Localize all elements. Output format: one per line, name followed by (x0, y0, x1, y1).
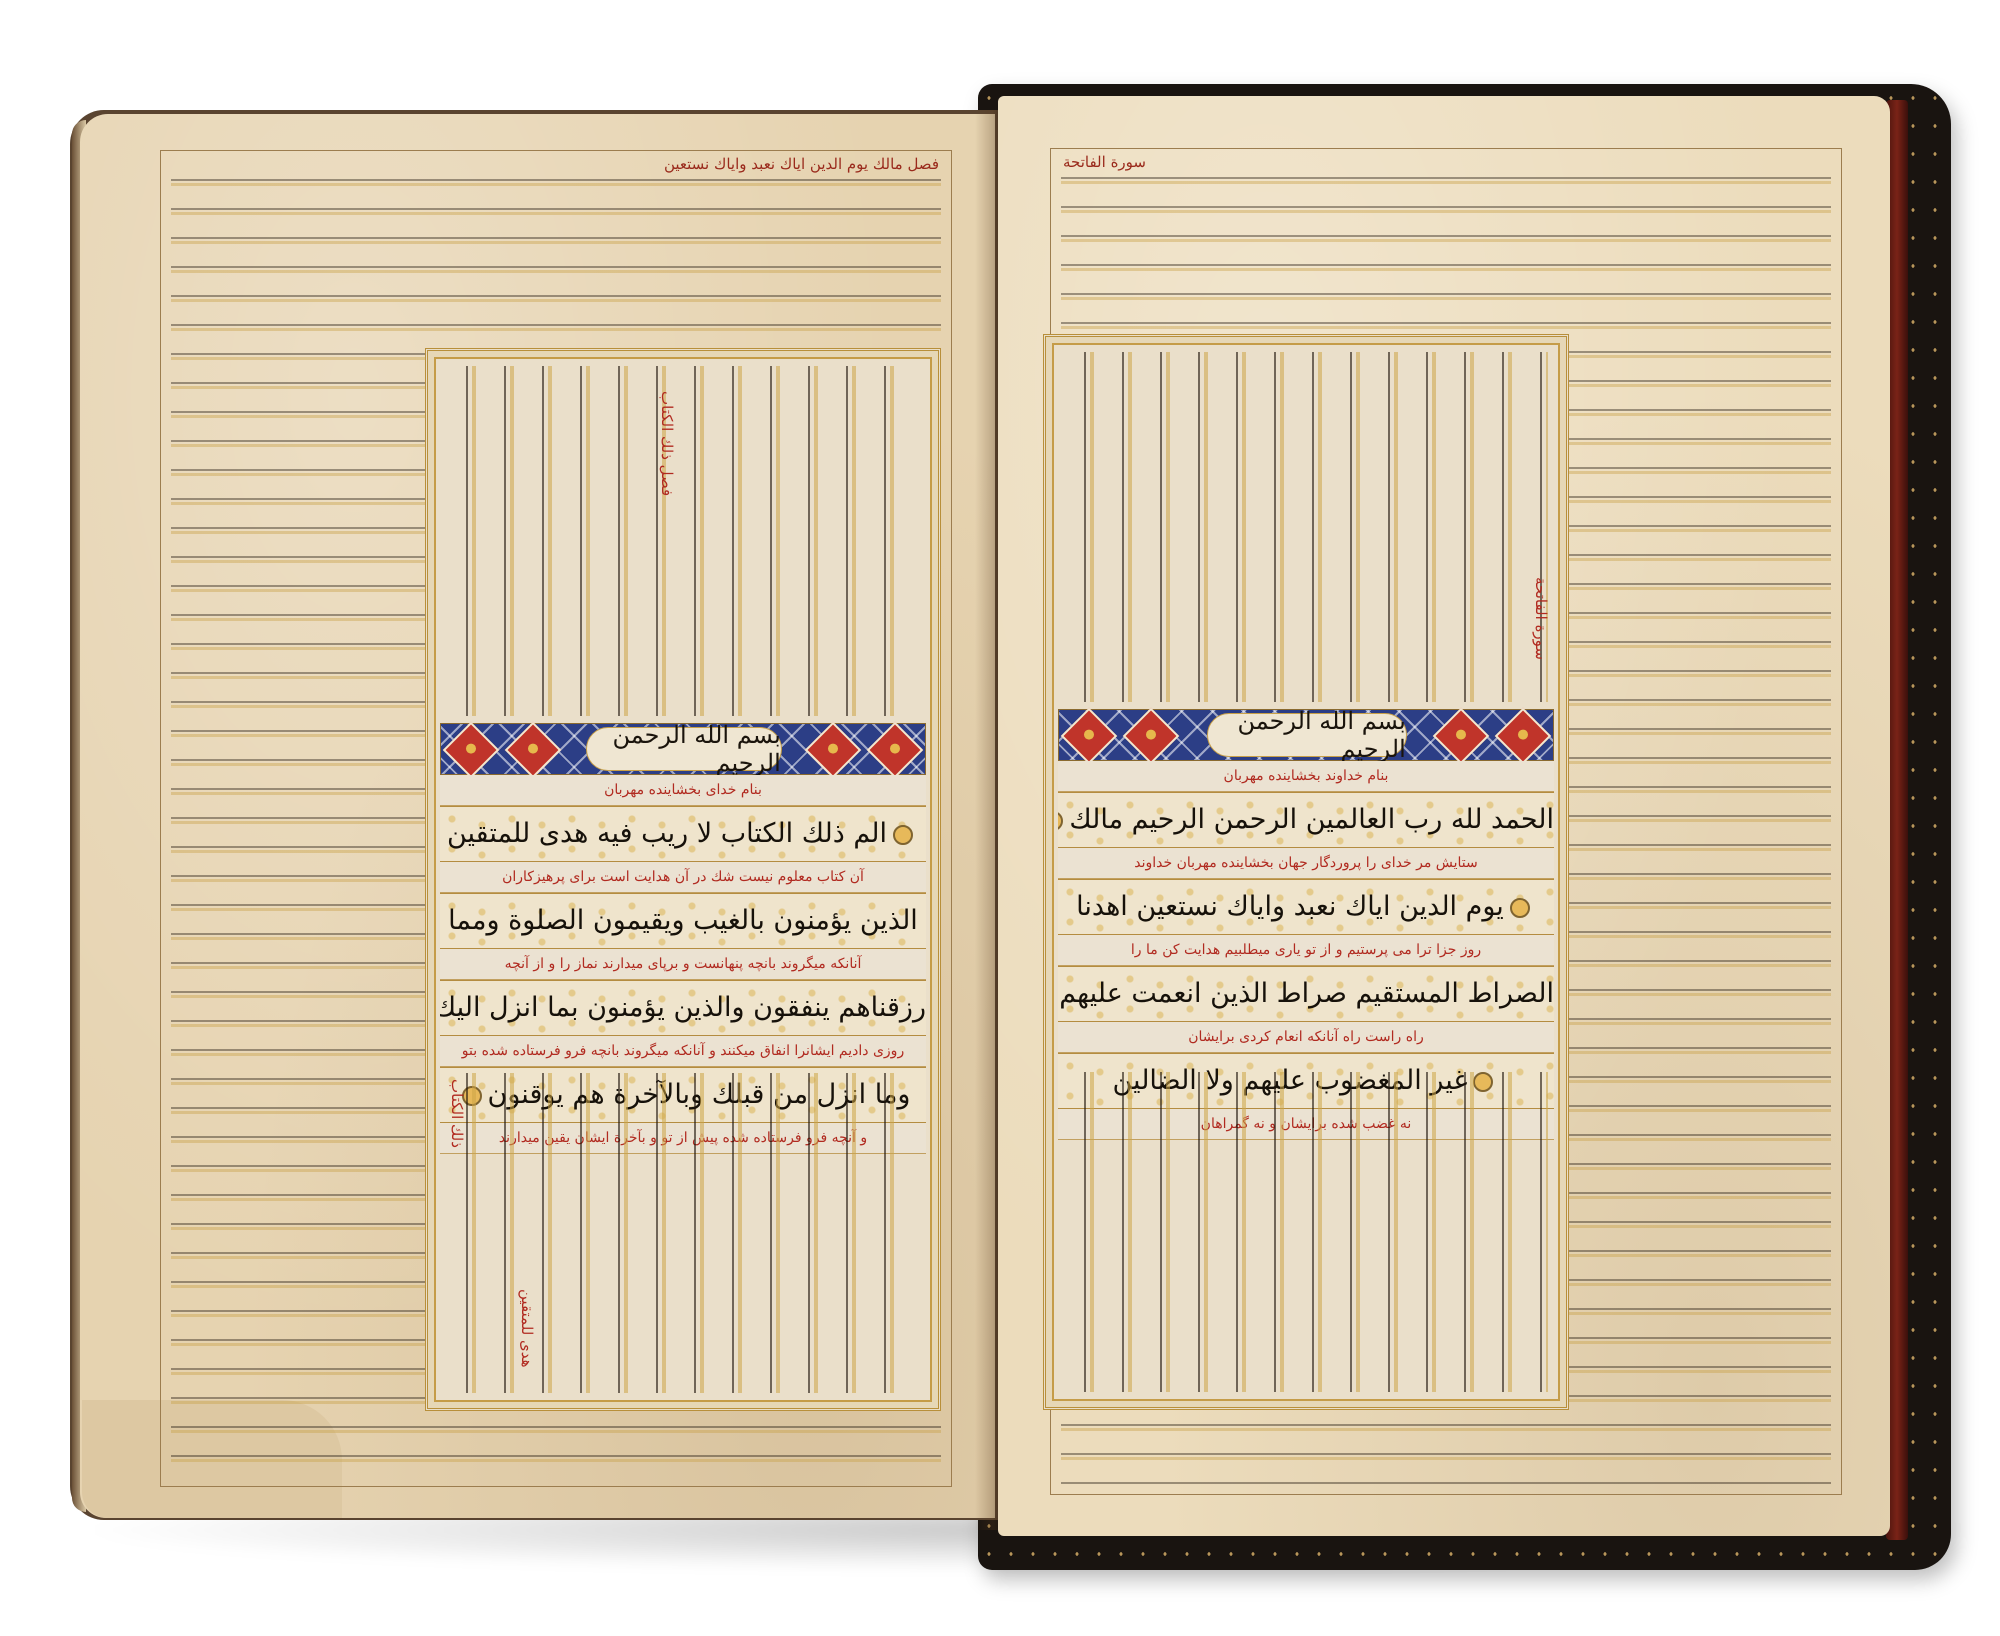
rosette-icon (505, 722, 562, 779)
verse-line: الذين يؤمنون بالغيب ويقيمون الصلوة ومما (440, 893, 926, 949)
verse-arabic: الم ذلك الكتاب لا ريب فيه هدى للمتقين (447, 818, 887, 849)
rosette-icon (1495, 708, 1552, 765)
verse-line: الم ذلك الكتاب لا ريب فيه هدى للمتقين (440, 806, 926, 862)
right-illuminated-headband: بسم الله الرحمن الرحيم (1058, 709, 1554, 761)
left-bottom-rubric: ذلك الكتاب (448, 1079, 466, 1148)
verse-gloss: آن كتاب معلوم نيست شك در آن هدايت است بر… (440, 862, 926, 893)
left-illuminated-headband: بسم الله الرحمن الرحيم (440, 723, 926, 775)
right-central-panel: سورة الفاتحة بسم الله الرحمن الرحيم بنام… (1043, 334, 1569, 1410)
verse-gloss: ستايش مر خداى را پروردگار جهان بخشاينده … (1058, 848, 1554, 879)
left-central-panel: فصل ذلك الكتاب بسم الله الرحمن الرحيم بن… (425, 348, 941, 1411)
verse-arabic: يوم الدين اياك نعبد واياك نستعين اهدنا (1076, 891, 1504, 922)
rosette-icon (805, 722, 862, 779)
right-basmala-cartouche: بسم الله الرحمن الرحيم (1207, 713, 1407, 757)
verse-line: رزقناهم ينفقون والذين يؤمنون بما انزل ال… (440, 980, 926, 1036)
right-vertical-commentary-top (1064, 352, 1548, 702)
rosette-icon (1433, 708, 1490, 765)
rosette-icon (1123, 708, 1180, 765)
verse-line: الحمد لله رب العالمين الرحمن الرحيم مالك (1058, 792, 1554, 848)
verse-gloss: آنانكه ميگروند بانچه پنهانست و برپاى ميد… (440, 949, 926, 980)
right-margin-header: سورة الفاتحة (1063, 153, 1146, 171)
right-vertical-rubric: سورة الفاتحة (1532, 577, 1550, 660)
left-inner-rubric: هدى للمتقين (518, 1289, 536, 1368)
verse-line: يوم الدين اياك نعبد واياك نستعين اهدنا (1058, 879, 1554, 935)
rosette-icon (1061, 708, 1118, 765)
rosette-icon (443, 722, 500, 779)
left-vertical-commentary-top (446, 366, 920, 716)
verse-arabic: رزقناهم ينفقون والذين يؤمنون بما انزل ال… (440, 992, 926, 1023)
left-headband-gloss: بنام خدای بخشاینده مهربان (440, 775, 926, 806)
left-vertical-rubric: فصل ذلك الكتاب (658, 391, 676, 496)
right-vertical-commentary-bottom (1064, 1072, 1548, 1392)
verse-line: الصراط المستقيم صراط الذين انعمت عليهم (1058, 966, 1554, 1022)
verse-arabic: الصراط المستقيم صراط الذين انعمت عليهم (1059, 978, 1554, 1009)
verse-marker-icon (893, 825, 913, 845)
verse-marker-icon (1058, 811, 1063, 831)
verse-gloss: راه راست راه آنانكه انعام كردى برايشان (1058, 1022, 1554, 1053)
verse-arabic: الذين يؤمنون بالغيب ويقيمون الصلوة ومما (448, 905, 918, 936)
verse-gloss: روز جزا ترا مى پرستيم و از تو يارى ميطلب… (1058, 935, 1554, 966)
left-margin-header: فصل مالك يوم الدين اياك نعبد واياك نستعي… (664, 155, 939, 173)
rosette-icon (867, 722, 924, 779)
right-headband-gloss: بنام خداوند بخشاینده مهربان (1058, 761, 1554, 792)
verse-marker-icon (1510, 898, 1530, 918)
verse-arabic: الحمد لله رب العالمين الرحمن الرحيم مالك (1069, 804, 1554, 835)
left-basmala-cartouche: بسم الله الرحمن الرحيم (586, 727, 782, 771)
verse-gloss: روزى داديم ايشانرا انفاق ميكنند و آنانكه… (440, 1036, 926, 1067)
